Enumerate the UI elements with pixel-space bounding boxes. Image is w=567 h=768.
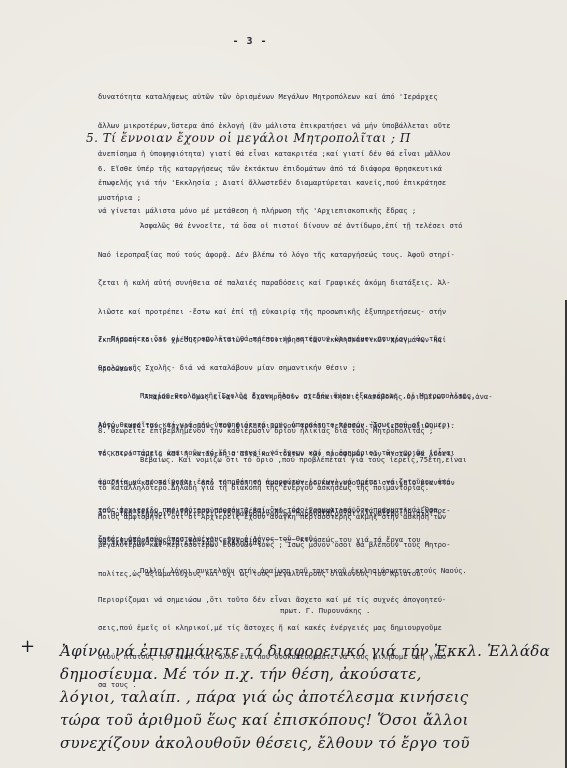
answer-line: Βεβαίως. Καί νομίζω ὅτι τό ὅριο ,πού προ…: [98, 455, 558, 465]
handwritten-note: Ἀφίνω νά ἐπισημάνετε τό διαφορετικό γιά …: [60, 640, 560, 755]
document-page: - 3 - δυνατότητα καταλήψεως αὐτῶν τῶν ὁρ…: [0, 0, 567, 768]
text-line: δυνατότητα καταλήψεως αὐτῶν τῶν ὁρισμένω…: [98, 92, 558, 102]
answer-line: Ναό ἱεροπραξίας πού τούς ἀφορᾷ. Δέν βλέπ…: [98, 250, 558, 260]
handwritten-line: συνεχίζουν ἀκολουθοῦν θέσεις, ἔλθουν τό …: [60, 732, 560, 755]
text-line: ἄλλων μικροτέρων,ὕστερα ἀπό ἐκλογή (ἄν μ…: [98, 121, 558, 131]
handwritten-line: λόγιοι, ταλαίπ. , πάρα γιά ὡς ἀποτέλεσμα…: [60, 686, 560, 709]
question-line: 6. Εἴσθε ὑπέρ τῆς καταργήσεως τῶν ἐκτάκτ…: [98, 164, 558, 174]
handwritten-line: Ἀφίνω νά ἐπισημάνετε τό διαφορετικό γιά …: [60, 640, 560, 663]
question-line: τά τελευταῖα χρόνια εἰς τάς 'Εκκλησίας ;: [98, 538, 558, 548]
handwritten-line: τώρα τοῦ ἀριθμοῦ ἕως καί ἐπισκόπους! Ὅσο…: [60, 709, 560, 732]
question-line: 7. Πιστεύετε ὅτι οἱ Μητροπολῖται θά πρέπ…: [98, 334, 558, 344]
question-line: 8. Θεωρεῖτε ἐπιβεβλημένον τήν καθιέρωσιν…: [98, 426, 558, 436]
answer-line: Πτυχίον Θεολογικῆς Σχολῆς ἔχουν ὅλοι, σχ…: [98, 391, 558, 401]
question-line: Θεολογικῆς Σχολῆς- διά νά καταλάβουν μία…: [98, 363, 558, 373]
handwritten-line: δημοσίευμα. Μέ τόν π.χ. τήν θέση, ἀκούσα…: [60, 663, 560, 686]
answer-line: Πολλοί λόγοι συντελοῦν στήν ἀραίωση τοῦ …: [98, 566, 558, 576]
handwritten-annotation-question-5: 5. Τί ἔννοιαν ἔχουν οἱ μεγάλοι Μητροπολῖ…: [86, 131, 411, 145]
cross-mark-icon: +: [20, 636, 35, 657]
answer-line: Ἀσφαλῶς θά ἐννοεῖτε, τά ὅσα οἱ πιστοί δί…: [98, 221, 558, 231]
answer-line: ζεται ἡ καλή αὐτή συνήθεια σέ παλαιές πα…: [98, 278, 558, 288]
signature-text: πρωτ. Γ. Πυρουνάκης .: [280, 606, 480, 616]
signature: πρωτ. Γ. Πυρουνάκης .: [280, 587, 480, 635]
question-line: μυστήρια ;: [98, 193, 558, 203]
page-number: - 3 -: [220, 36, 280, 47]
question-line: 9. Ποίαν ἐξήγησιν δίδετε εἰς τό φαινόμεν…: [98, 509, 558, 519]
